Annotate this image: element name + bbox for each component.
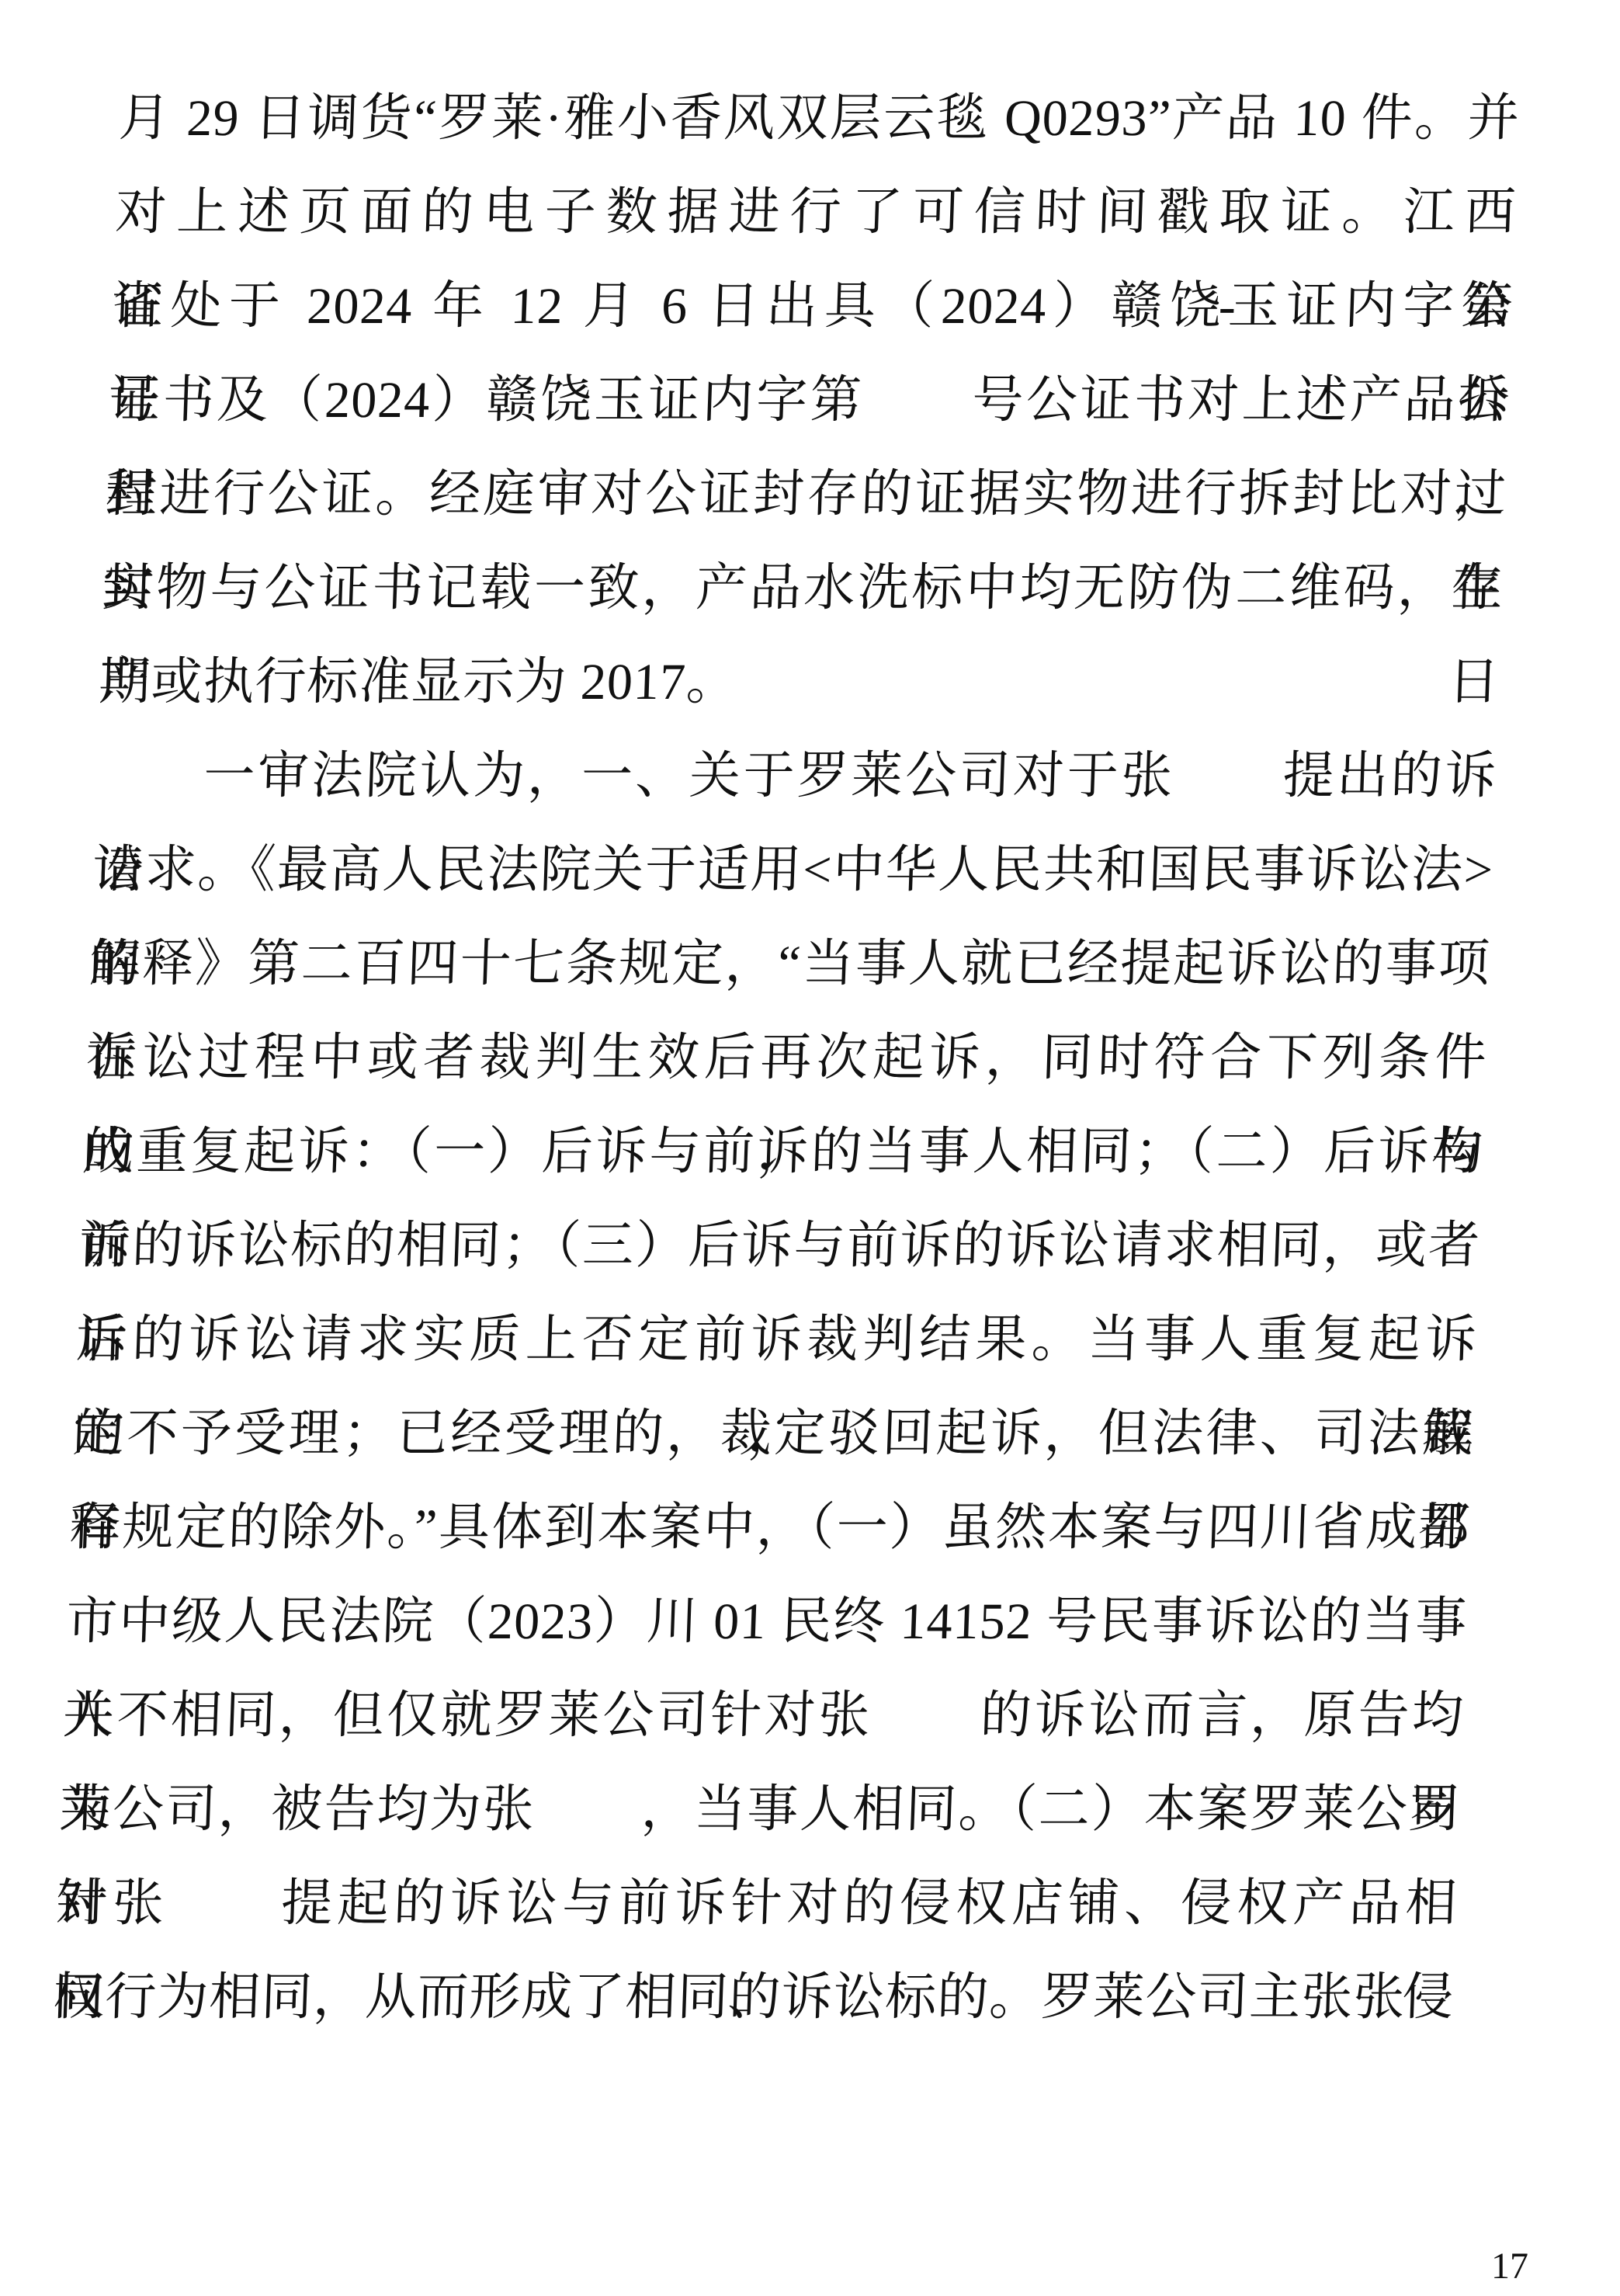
text-block: 月 29 日调货“罗莱·雅小香风双层云毯 Q0293”产品 10 件。并 对上述… xyxy=(51,71,1521,2044)
text-line-20: 对张 提起的诉讼与前诉针对的侵权店铺、侵权产品相同、侵 xyxy=(54,1857,1459,1950)
text-line-15: 定不予受理；已经受理的，裁定驳回起诉，但法律、司法解释另 xyxy=(71,1387,1476,1481)
document-page: 月 29 日调货“罗莱·雅小香风双层云毯 Q0293”产品 10 件。并 对上述… xyxy=(0,0,1620,2296)
text-line-12: 成重复起诉：（一）后诉与前诉的当事人相同；（二）后诉与前 xyxy=(81,1105,1485,1199)
text-line-19: 莱公司，被告均为张 ，当事人相同。（二）本案罗莱公司针 xyxy=(58,1763,1462,1857)
text-line-13: 诉的诉讼标的相同；（三）后诉与前诉的诉讼请求相同，或者后 xyxy=(78,1199,1482,1293)
text-line-14: 诉的诉讼请求实质上否定前诉裁判结果。当事人重复起诉的，裁 xyxy=(75,1293,1479,1387)
text-line-1: 月 29 日调货“罗莱·雅小香风双层云毯 Q0293”产品 10 件。并 xyxy=(117,71,1521,165)
text-line-8: 一审法院认为，一、关于罗莱公司对于张 提出的诉讼 xyxy=(94,729,1498,823)
text-line-5: 程进行公证。经庭审对公证封存的证据实物进行拆封比对，封存 xyxy=(104,447,1508,541)
text-line-18: 并不相同，但仅就罗莱公司针对张 的诉讼而言，原告均为罗 xyxy=(61,1669,1466,1763)
page-number: 17 xyxy=(1491,2248,1528,2285)
text-line-9: 请求。《最高人民法院关于适用<中华人民共和国民事诉讼法>的 xyxy=(91,823,1495,917)
text-line-11: 诉讼过程中或者裁判生效后再次起诉，同时符合下列条件的，构 xyxy=(85,1011,1489,1105)
text-line-4: 证书及（2024）赣饶玉证内字第 号公证书对上述产品拆封过 xyxy=(107,353,1511,447)
text-line-3: 证处于 2024 年 12 月 6 日出具（2024）赣饶玉证内字第 号公 xyxy=(110,259,1514,353)
text-line-16: 有规定的除外。”具体到本案中，（一）虽然本案与四川省成都 xyxy=(68,1481,1472,1575)
text-line-10: 解释》第二百四十七条规定，“当事人就已经提起诉讼的事项在 xyxy=(88,917,1492,1011)
text-line-17: 市中级人民法院（2023）川 01 民终 14152 号民事诉讼的当事人 xyxy=(64,1575,1469,1669)
text-line-21: 权行为相同，从而形成了相同的诉讼标的。罗莱公司主张张 xyxy=(51,1950,1455,2044)
text-line-6: 实物与公证书记载一致，产品水洗标中均无防伪二维码，生产日 xyxy=(101,541,1505,635)
text-line-2: 对上述页面的电子数据进行了可信时间戳取证。江西省 -公 xyxy=(114,165,1518,259)
